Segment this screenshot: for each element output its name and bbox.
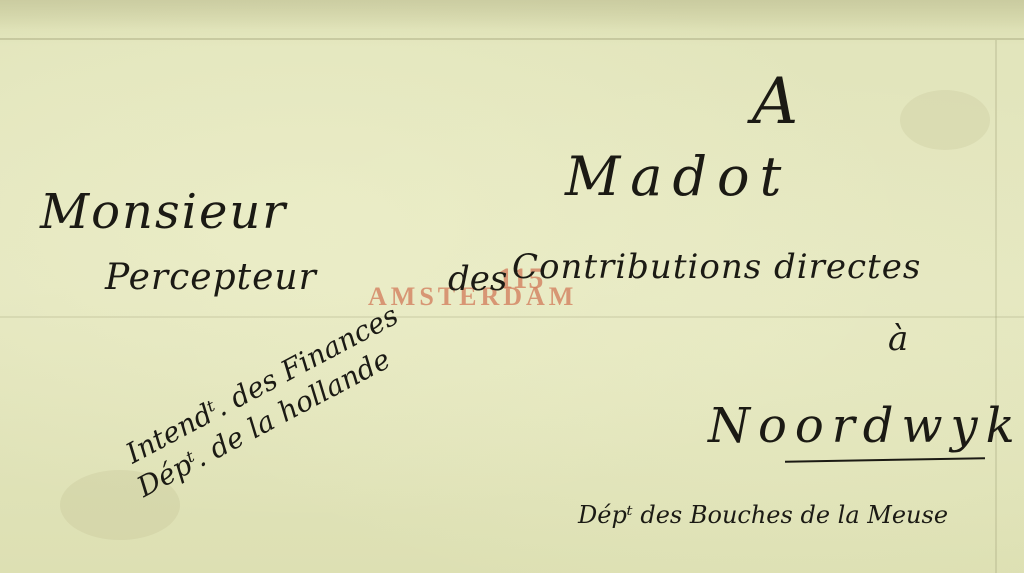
recipient-city: Noordwyk [708, 402, 1023, 450]
top-edge-shading [0, 0, 1024, 30]
fold-line-top [0, 38, 1024, 40]
address-title: Monsieur [40, 188, 287, 236]
city-underline [785, 457, 985, 462]
paper-stain [900, 90, 990, 150]
recipient-name: Madot [565, 150, 791, 204]
recipient-position: Percepteur [105, 260, 317, 296]
fold-line-middle [0, 316, 1024, 318]
recipient-service: Contributions directes [512, 250, 921, 284]
address-to: A [752, 70, 798, 134]
fold-line-right [995, 40, 997, 573]
recipient-department: Dépᵗ des Bouches de la Meuse [578, 503, 948, 527]
address-preposition: à [888, 322, 908, 356]
position-prefix: des [448, 262, 507, 296]
sender-note: Intendᵗ. des Finances Dépᵗ. de la hollan… [120, 298, 420, 502]
letter-cover: 115 AMSTERDAM A Monsieur Madot Percepteu… [0, 0, 1024, 573]
